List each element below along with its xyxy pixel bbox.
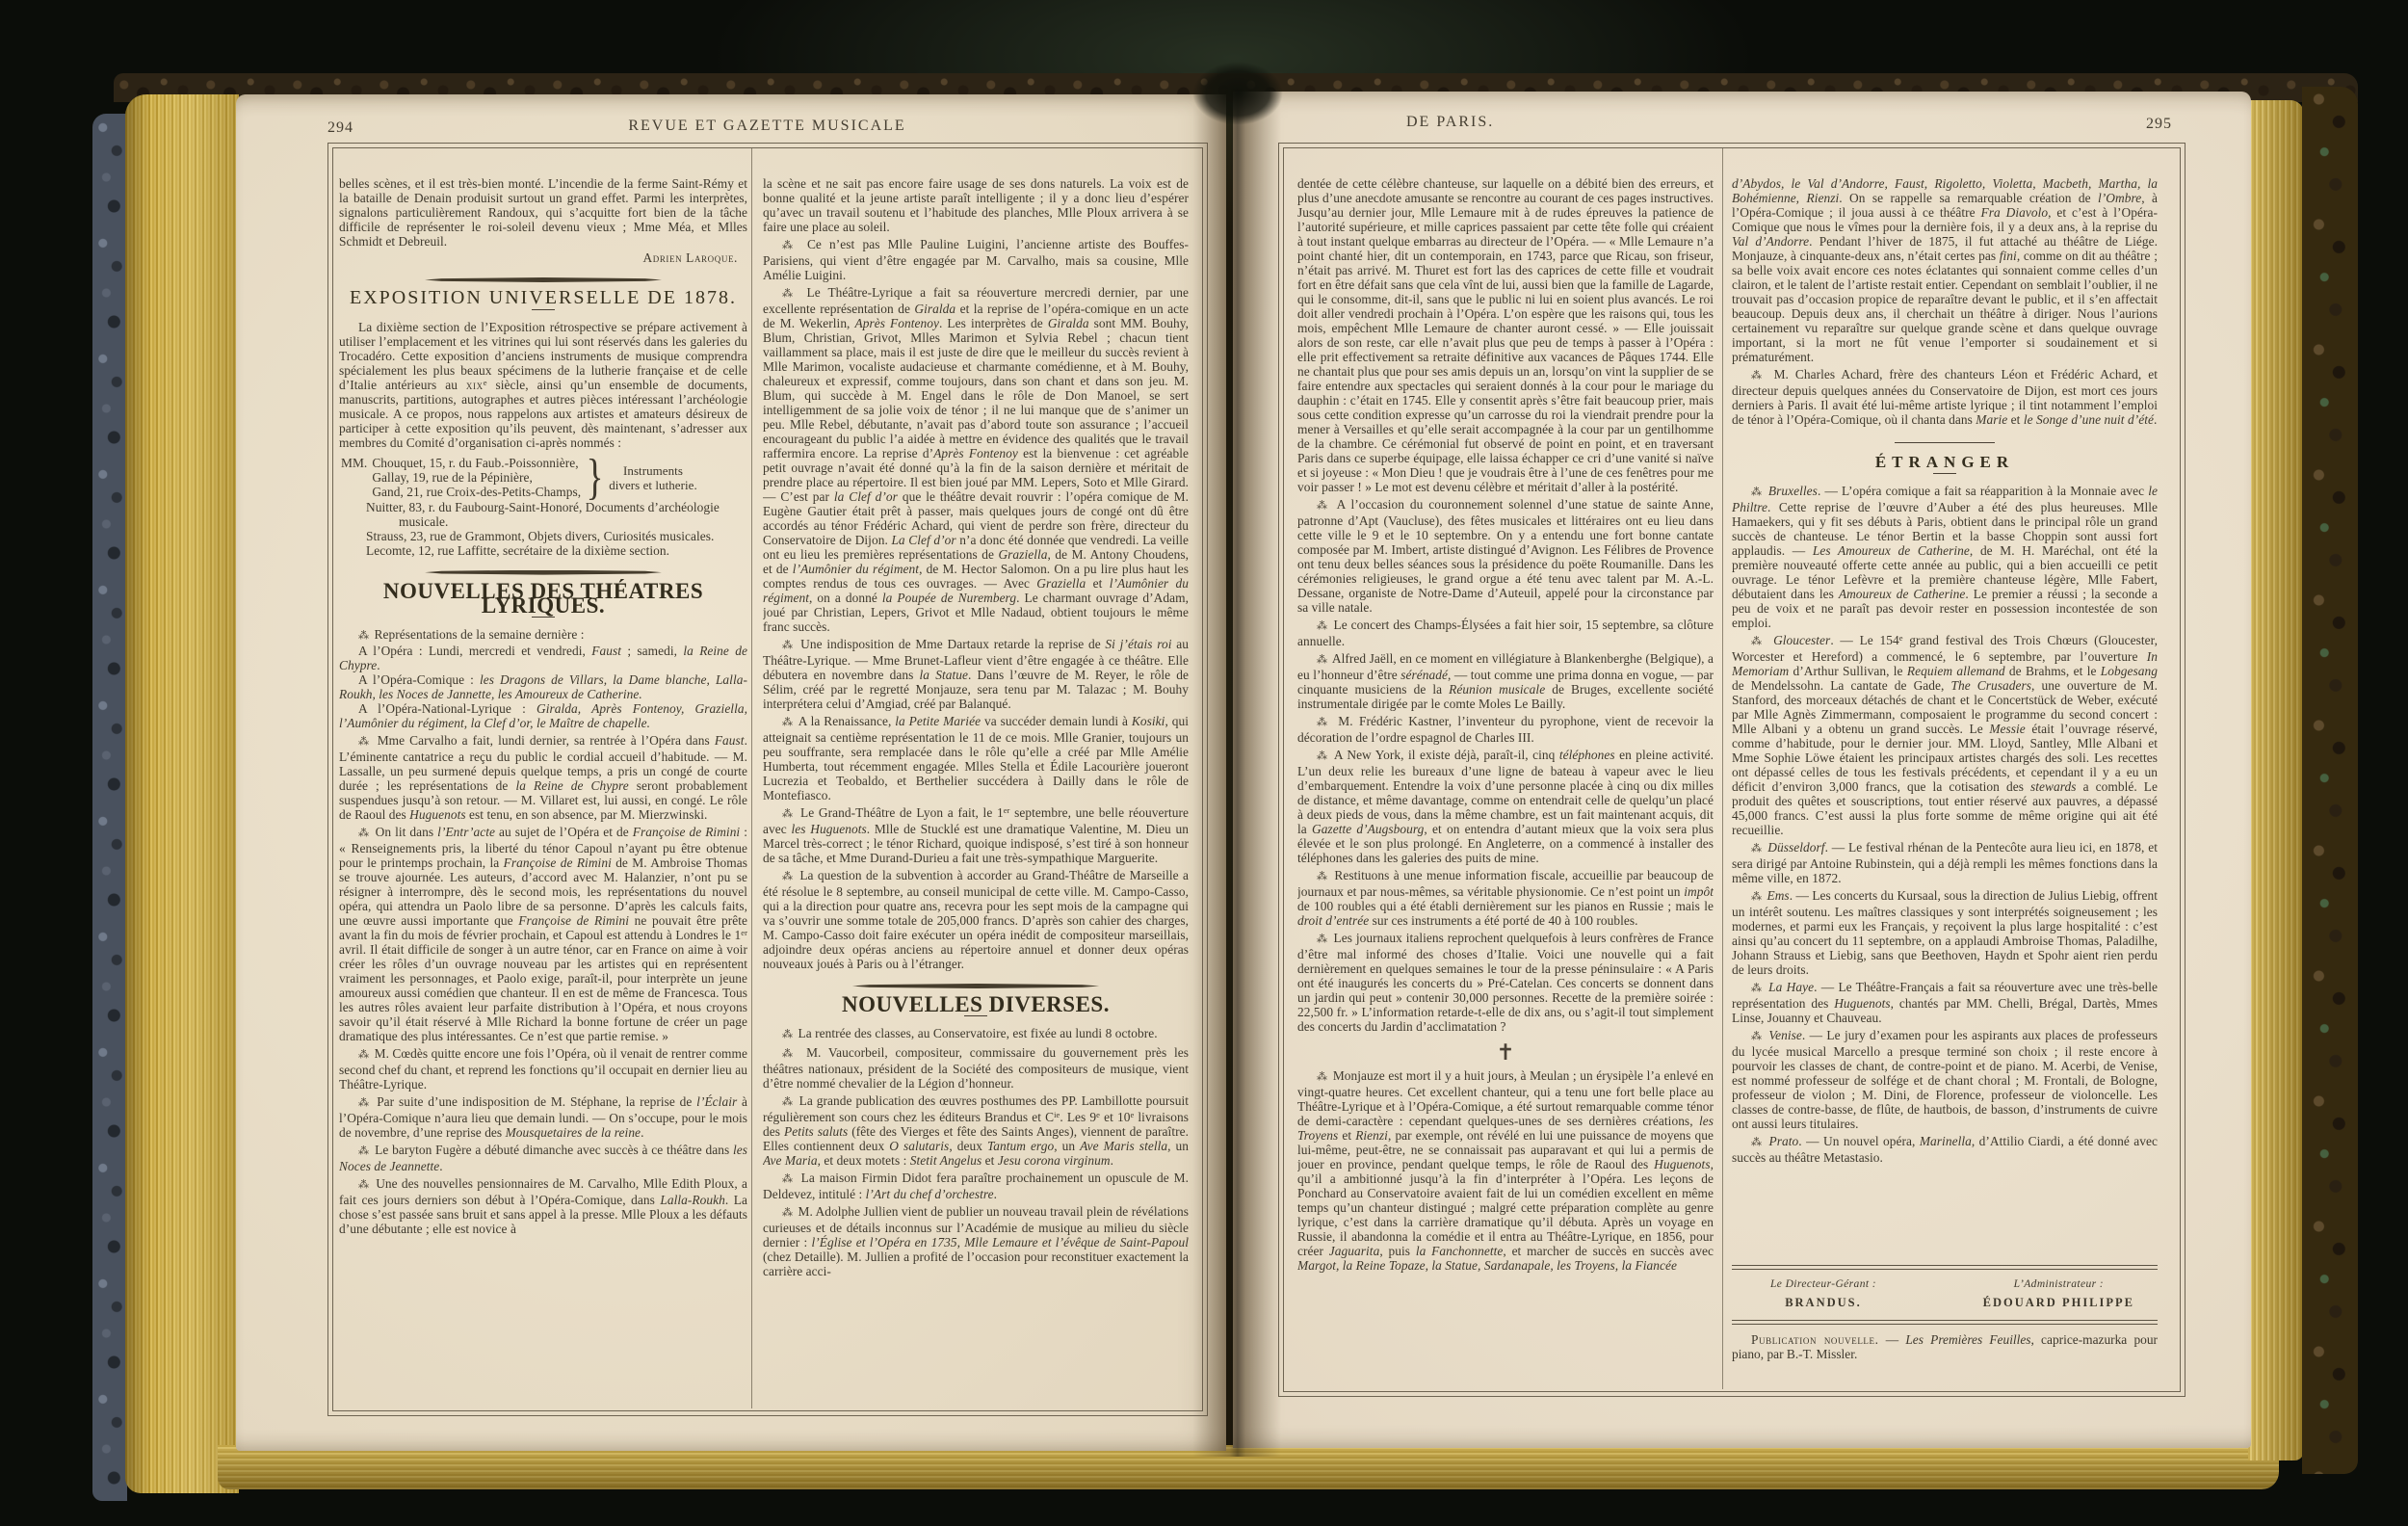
paragraph: ⁂ Le Théâtre-Lyrique a fait sa réouvertu… (763, 285, 1189, 634)
administrator-label: L’Administrateur : (1983, 1277, 2134, 1292)
left-cover-marbled-edge (92, 114, 127, 1501)
swelled-rule-divider (852, 984, 1099, 988)
left-page-column-2: la scène et ne sait pas encore faire usa… (763, 176, 1189, 1411)
swelled-rule-divider (425, 570, 662, 575)
paragraph: belles scènes, et il est très-bien monté… (339, 176, 747, 249)
asterism-icon: ⁂ (1751, 1137, 1763, 1148)
author-signature: Adrien Laroque. (339, 250, 747, 265)
right-page-column-1: dentée de cette célèbre chanteuse, sur l… (1297, 176, 1714, 1390)
asterism-icon: ⁂ (1317, 934, 1328, 945)
asterism-icon: ⁂ (782, 808, 794, 820)
heading-dash (532, 309, 555, 310)
paragraph: d’Abydos, le Val d’Andorre, Faust, Rigol… (1732, 176, 2158, 364)
asterism-icon: ⁂ (358, 1179, 370, 1191)
footer-rule-bottom (1732, 1320, 2158, 1325)
paragraph: ⁂ La question de la subvention à accorde… (763, 868, 1189, 971)
asterism-icon: ⁂ (358, 1049, 369, 1061)
brace-icon: } (585, 457, 605, 499)
paragraph: ⁂ Par suite d’une indisposition de M. St… (339, 1094, 747, 1140)
paragraph: ⁂ M. Charles Achard, frère des chanteurs… (1732, 367, 2158, 427)
committee-brace-note: Instrumentsdivers et lutherie. (609, 463, 697, 492)
asterism-icon: ⁂ (782, 1207, 793, 1219)
asterism-icon: ⁂ (1751, 891, 1762, 903)
asterism-icon: ⁂ (782, 1096, 794, 1108)
paragraph: A l’Opéra : Lundi, mercredi et vendredi,… (339, 644, 747, 672)
paragraph: ⁂ Gloucester. — Le 154e grand festival d… (1732, 633, 2158, 837)
paragraph: ⁂ La grande publication des œuvres posth… (763, 1093, 1189, 1168)
committee-intro: MM. (339, 456, 372, 470)
paragraph: ⁂ Mme Carvalho a fait, lundi dernier, sa… (339, 733, 747, 822)
bottom-gilt-edge (218, 1445, 2279, 1489)
paragraph: ⁂ Le Grand-Théâtre de Lyon a fait, le 1e… (763, 805, 1189, 865)
asterism-icon: ⁂ (782, 640, 794, 651)
paragraph: ⁂ Prato. — Un nouvel opéra, Marinella, d… (1732, 1134, 2158, 1165)
paragraph: A l’Opéra-Comique : les Dragons de Villa… (339, 672, 747, 701)
signature-row: Le Directeur-Gérant : BRANDUS. L’Adminis… (1732, 1277, 2158, 1310)
page-right: DE PARIS. 295 dentée de cette célèbre ch… (1233, 92, 2251, 1448)
running-title-left: REVUE ET GAZETTE MUSICALE (327, 118, 1207, 135)
asterism-icon: ⁂ (1751, 370, 1766, 381)
column-divider-left (751, 148, 752, 1408)
paragraph: ⁂ A la Renaissance, la Petite Mariée va … (763, 714, 1189, 802)
paragraph: ⁂ La maison Firmin Didot fera paraître p… (763, 1171, 1189, 1201)
administrator-signature: L’Administrateur : ÉDOUARD PHILIPPE (1983, 1277, 2134, 1310)
imprint-footer: Le Directeur-Gérant : BRANDUS. L’Adminis… (1732, 1265, 2158, 1374)
paragraph: ⁂ La Haye. — Le Théâtre-Français a fait … (1732, 980, 2158, 1025)
paragraph: ⁂ Les journaux italiens reprochent quelq… (1297, 931, 1714, 1034)
committee-member: Chouquet, 15, r. du Faub.-Poissonnière, (372, 456, 581, 470)
committee-names: Chouquet, 15, r. du Faub.-Poissonnière,G… (372, 456, 581, 500)
paragraph: A l’Opéra-National-Lyrique : Giralda, Ap… (339, 701, 747, 730)
paragraph: ⁂ Ems. — Les concerts du Kursaal, sous l… (1732, 888, 2158, 977)
paragraph: ⁂ M. Cœdès quitte encore une fois l’Opér… (339, 1046, 747, 1092)
swelled-rule-divider (425, 277, 662, 282)
cross-ornament: ✝ (1297, 1041, 1714, 1065)
committee-braced-group: MM.Chouquet, 15, r. du Faub.-Poissonnièr… (339, 456, 747, 500)
paragraph: ⁂ M. Frédéric Kastner, l’inventeur du py… (1297, 714, 1714, 745)
asterism-icon: ⁂ (1317, 654, 1327, 666)
paragraph: ⁂ On lit dans l’Entr’acte au sujet de l’… (339, 825, 747, 1043)
asterism-icon: ⁂ (1751, 983, 1763, 994)
asterism-icon: ⁂ (1317, 500, 1330, 512)
asterism-icon: ⁂ (1317, 871, 1328, 882)
paragraph: ⁂ Le baryton Fugère a débuté dimanche av… (339, 1143, 747, 1173)
paragraph: ⁂ Ce n’est pas Mlle Pauline Luigini, l’a… (763, 237, 1189, 282)
brace-note-line: divers et lutherie. (609, 478, 697, 492)
asterism-icon: ⁂ (782, 1029, 793, 1040)
paragraph: ⁂ M. Adolphe Jullien vient de publier un… (763, 1204, 1189, 1278)
committee-member: Gallay, 19, rue de la Pépinière, (372, 470, 581, 485)
section-heading: NOUVELLES DIVERSES. (763, 997, 1189, 1012)
asterism-icon: ⁂ (1751, 1031, 1763, 1042)
paragraph: dentée de cette célèbre chanteuse, sur l… (1297, 176, 1714, 494)
section-rule (1895, 442, 1995, 443)
asterism-icon: ⁂ (782, 240, 798, 251)
asterism-icon: ⁂ (782, 288, 798, 300)
asterism-icon: ⁂ (358, 1145, 369, 1157)
paragraph: ⁂ Düsseldorf. — Le festival rhénan de la… (1732, 840, 2158, 885)
brace-note-line: Instruments (609, 463, 697, 478)
paragraph: ⁂ Bruxelles. — L’opéra comique a fait sa… (1732, 484, 2158, 630)
committee-member: Nuitter, 83, r. du Faubourg-Saint-Honoré… (339, 500, 747, 529)
paragraph: ⁂ Une indisposition de Mme Dartaux retar… (763, 637, 1189, 711)
paragraph: ⁂ M. Vaucorbeil, compositeur, commissair… (763, 1045, 1189, 1091)
section-heading: EXPOSITION UNIVERSELLE DE 1878. (339, 291, 747, 305)
paragraph: ⁂ Une des nouvelles pensionnaires de M. … (339, 1176, 747, 1236)
committee-list: MM.Chouquet, 15, r. du Faub.-Poissonnièr… (339, 456, 747, 558)
paragraph: ⁂ Venise. — Le jury d’examen pour les as… (1732, 1028, 2158, 1131)
asterism-icon: ⁂ (1317, 717, 1330, 728)
column-divider-right (1722, 148, 1723, 1389)
paragraph: La dixième section de l’Exposition rétro… (339, 320, 747, 450)
right-page-column-2: d’Abydos, le Val d’Andorre, Faust, Rigol… (1732, 176, 2158, 1259)
heading-dash (1933, 473, 1956, 474)
committee-member: Strauss, 23, rue de Grammont, Objets div… (339, 529, 747, 543)
director-signature: Le Directeur-Gérant : BRANDUS. (1770, 1277, 1876, 1310)
asterism-icon: ⁂ (782, 871, 794, 882)
book-spread: 294 REVUE ET GAZETTE MUSICALE belles scè… (0, 0, 2408, 1526)
paragraph: ⁂ Représentations de la semaine dernière… (339, 627, 747, 644)
paragraph: ⁂ La rentrée des classes, au Conservatoi… (763, 1026, 1189, 1042)
section-heading: ÉTRANGER (1732, 455, 2158, 469)
asterism-icon: ⁂ (1317, 1071, 1327, 1083)
asterism-icon: ⁂ (1317, 750, 1328, 762)
asterism-icon: ⁂ (1751, 843, 1762, 855)
administrator-name: ÉDOUARD PHILIPPE (1983, 1296, 2134, 1310)
paragraph: ⁂ Le concert des Champs-Élysées a fait h… (1297, 618, 1714, 648)
left-gilt-fore-edge (125, 94, 239, 1493)
committee-member: Gand, 21, rue Croix-des-Petits-Champs, (372, 485, 581, 499)
paragraph: la scène et ne sait pas encore faire usa… (763, 176, 1189, 234)
asterism-icon: ⁂ (358, 630, 369, 642)
asterism-icon: ⁂ (1751, 487, 1763, 498)
asterism-icon: ⁂ (358, 1097, 370, 1109)
committee-member: Lecomte, 12, rue Laffitte, secrétaire de… (339, 543, 747, 558)
paragraph: ⁂ Monjauze est mort il y a huit jours, à… (1297, 1068, 1714, 1273)
page-number-right: 295 (1278, 116, 2184, 133)
asterism-icon: ⁂ (1317, 620, 1328, 632)
asterism-icon: ⁂ (1751, 636, 1765, 647)
director-label: Le Directeur-Gérant : (1770, 1277, 1876, 1292)
publication-notice: Publication nouvelle. — Les Premières Fe… (1732, 1332, 2158, 1361)
paragraph: ⁂ A l’occasion du couronnement solennel … (1297, 497, 1714, 615)
right-gilt-fore-edge (2248, 100, 2304, 1460)
right-cover-marbled-edge (2302, 87, 2358, 1474)
footer-rule-top (1732, 1265, 2158, 1270)
page-left: 294 REVUE ET GAZETTE MUSICALE belles scè… (236, 94, 1226, 1451)
director-name: BRANDUS. (1770, 1296, 1876, 1310)
asterism-icon: ⁂ (782, 1173, 795, 1185)
paragraph: ⁂ A New York, il existe déjà, paraît-il,… (1297, 748, 1714, 865)
paragraph: ⁂ Restituons à une menue information fis… (1297, 868, 1714, 928)
asterism-icon: ⁂ (358, 828, 370, 839)
asterism-icon: ⁂ (358, 736, 371, 748)
left-page-column-1: belles scènes, et il est très-bien monté… (339, 176, 747, 1411)
asterism-icon: ⁂ (782, 1048, 797, 1060)
paragraph: ⁂ Alfred Jaëll, en ce moment en villégia… (1297, 651, 1714, 711)
section-heading: NOUVELLES DES THÉATRES LYRIQUES. (339, 584, 747, 613)
asterism-icon: ⁂ (782, 717, 794, 728)
